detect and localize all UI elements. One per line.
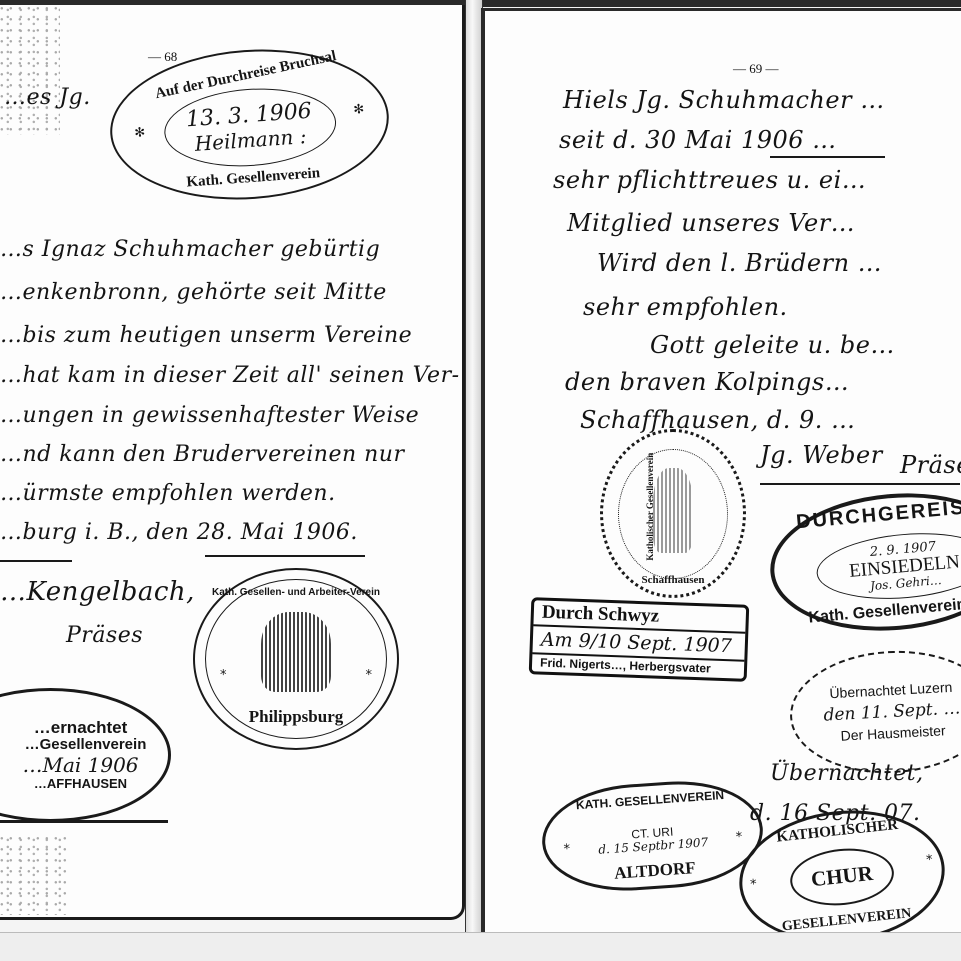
saint-figure-icon [261, 612, 331, 692]
left-page: — 68 …es Jg. Auf der Durchreise Bruchsal… [0, 5, 465, 920]
hw-right-signature: Jg. Weber [760, 441, 883, 469]
stamp-einsiedeln: DURCHGEREIST 2. 9. 1907 EINSIEDELN Jos. … [765, 483, 961, 640]
hw-line-4: …hat kam in dieser Zeit all' seinen Ver- [0, 363, 460, 388]
stamp-schaffhausen-line3: …AFFHAUSEN [34, 777, 127, 791]
stamp-philippsburg-ring: Kath. Gesellen- und Arbeiter-Verein * * … [205, 579, 387, 739]
top-fragment-text: …es Jg. [4, 85, 91, 110]
star-icon: ✻ [134, 125, 146, 141]
hw-right-line-8: den braven Kolpings… [565, 368, 849, 396]
star-icon: * [563, 842, 571, 857]
hw-right-line-1: Hiels Jg. Schuhmacher … [563, 86, 885, 114]
scan-noise [0, 5, 60, 135]
date-underline-right [770, 156, 885, 158]
stamp-philippsburg-bottom: Philippsburg [249, 708, 344, 726]
hw-right-line-3: sehr pflichttreues u. ei… [553, 166, 866, 194]
hw-line-8-date: …burg i. B., den 28. Mai 1906. [0, 520, 358, 545]
page-number-right: — 69 — [733, 61, 779, 77]
hw-line-2: …enkenbronn, gehörte seit Mitte [0, 280, 387, 305]
hw-right-line-5: Wird den l. Brüdern … [597, 249, 882, 277]
stamp-schaffhausen-seal-bottom: Schaffhausen [642, 575, 705, 587]
stamp-schaffhausen-seal: Schaffhausen Katholischer Gesellenverein [600, 429, 746, 598]
rule-bottom-left [0, 820, 168, 823]
stamp-philippsburg-ring-text: Kath. Gesellen- und Arbeiter-Verein [212, 588, 380, 599]
stamp-schaffhausen-date: …Mai 1906 [22, 753, 138, 777]
stamp-schaffhausen-left: …ernachtet …Gesellenverein …Mai 1906 …AF… [0, 688, 171, 822]
star-icon: * [366, 668, 373, 683]
hw-right-line-4: Mitglied unseres Ver… [567, 209, 855, 237]
signature-left-title: Präses [66, 623, 143, 648]
right-page: — 69 — Hiels Jg. Schuhmacher … seit d. 3… [481, 8, 961, 951]
hw-line-7: …ürmste empfohlen werden. [0, 481, 336, 506]
stamp-chur-center: CHUR [810, 862, 874, 890]
stamp-chur-top: KATHOLISCHER [776, 818, 899, 846]
saint-figure-icon [653, 468, 693, 553]
stamp-einsiedeln-bottom: Kath. Gesellenverein [808, 597, 961, 628]
stamp-schwyz: Durch Schwyz Am 9/10 Sept. 1907 Frid. Ni… [529, 597, 750, 681]
hw-line-5: …ungen in gewissenhaftester Weise [0, 403, 419, 428]
date-underline-left [0, 560, 72, 562]
stamp-schaffhausen-seal-ring: Katholischer Gesellenverein [646, 453, 655, 561]
star-icon: * [750, 877, 758, 893]
hw-line-3: …bis zum heutigen unserm Vereine [0, 323, 412, 348]
hw-line-6: …nd kann den Brudervereinen nur [0, 442, 405, 467]
stamp-schaffhausen-line2: …Gesellenverein [25, 737, 147, 753]
stamp-philippsburg: Kath. Gesellen- und Arbeiter-Verein * * … [193, 568, 399, 750]
star-icon: ✻ [353, 102, 365, 118]
stamp-einsiedeln-inner: 2. 9. 1907 EINSIEDELN Jos. Gehri… [813, 527, 961, 606]
signature-rule-right [760, 483, 960, 485]
page-number-left: — 68 [148, 49, 177, 65]
stamp-schaffhausen-line1: …ernachtet [34, 719, 128, 737]
stamp-altdorf-date: d. 15 Septbr 1907 [598, 835, 709, 857]
stamp-luzern-bottom: Der Hausmeister [840, 723, 946, 743]
scan-edge-bottom [0, 932, 961, 961]
hw-line-1: …s Ignaz Schuhmacher gebürtig [0, 237, 380, 262]
hw-right-line-2: seit d. 30 Mai 1906 … [559, 126, 837, 154]
stamp-bruchsal: Auf der Durchreise Bruchsal 13. 3. 1906 … [105, 40, 394, 208]
hw-right-line-7: Gott geleite u. be… [650, 331, 895, 359]
stamp-altdorf: KATH. GESELLENVEREIN CT. URI d. 15 Septb… [539, 775, 767, 896]
book-spread: — 68 …es Jg. Auf der Durchreise Bruchsal… [0, 0, 961, 961]
star-icon: * [926, 852, 934, 868]
hw-right-signature-title: Präses [900, 451, 961, 479]
hw-right-line-6: sehr empfohlen. [583, 293, 788, 321]
stamp-einsiedeln-top: DURCHGEREIST [795, 496, 961, 533]
stamp-chur-inner: CHUR [787, 843, 896, 910]
hw-right-line-9: Schaffhausen, d. 9. … [580, 406, 856, 434]
stamp-bruchsal-bottom: Kath. Gesellenverein [186, 166, 321, 191]
stamp-luzern: Übernachtet Luzern den 11. Sept. … Der H… [787, 646, 961, 779]
hw-chur-line-1: Übernachtet, [770, 761, 924, 786]
stamp-luzern-top: Übernachtet Luzern [829, 680, 953, 701]
star-icon: * [735, 830, 743, 845]
date-underline [205, 555, 365, 557]
stamp-altdorf-top: KATH. GESELLENVEREIN [576, 789, 725, 812]
scan-noise [0, 835, 70, 915]
stamp-altdorf-bottom: ALTDORF [614, 859, 697, 882]
signature-left: …Kengelbach, [0, 577, 195, 607]
stamp-schaffhausen-seal-inner [618, 449, 728, 579]
star-icon: * [220, 668, 227, 683]
